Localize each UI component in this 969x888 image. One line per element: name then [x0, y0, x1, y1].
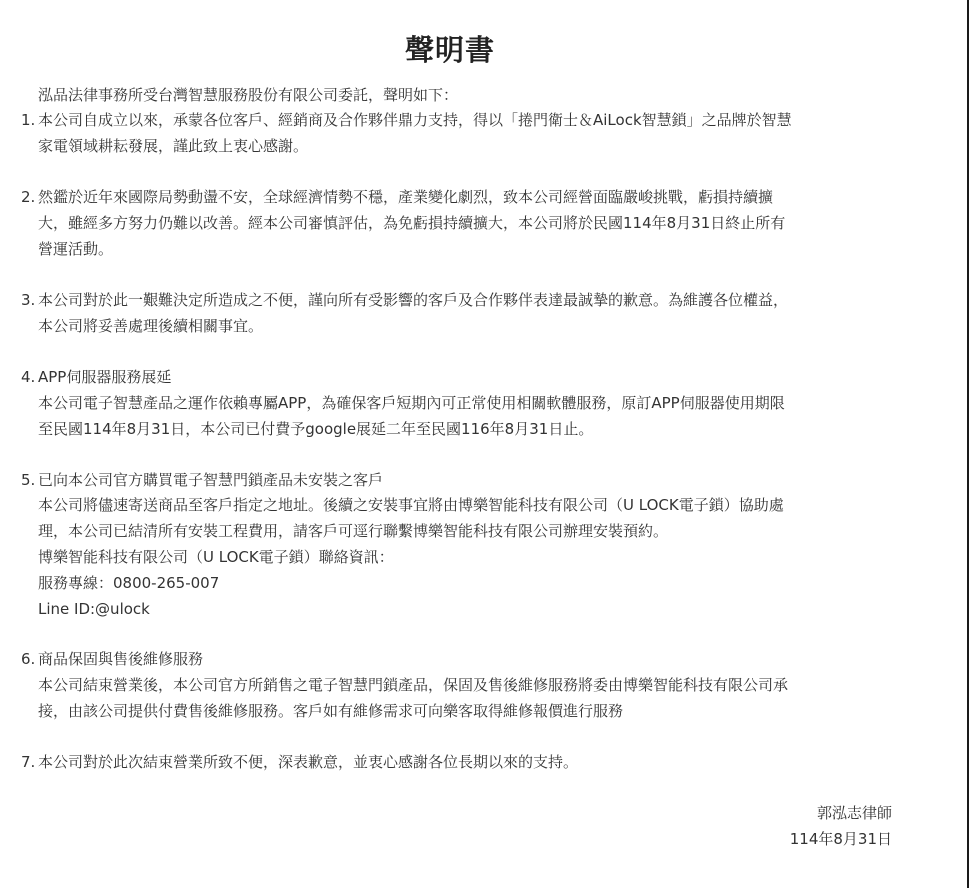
item-number: 4.	[21, 364, 38, 390]
signature-date: 114年8月31日	[790, 826, 892, 852]
line-id: Line ID:@ulock	[38, 596, 150, 622]
item-1-line-2: 家電領域耕耘發展，謹此致上衷心感謝。	[38, 133, 308, 159]
item-1-line-1: 1.本公司自成立以來，承蒙各位客戶、經銷商及合作夥伴鼎力支持，得以「捲門衛士＆A…	[21, 107, 792, 133]
item-3-line-2: 本公司將妥善處理後續相關事宜。	[38, 313, 263, 339]
item-6-line-3: 接，由該公司提供付費售後維修服務。客戶如有維修需求可向樂客取得維修報價進行服務	[38, 698, 623, 724]
item-number: 3.	[21, 287, 38, 313]
signature-name: 郭泓志律師	[817, 800, 892, 826]
item-number: 1.	[21, 107, 38, 133]
contact-info-heading: 博樂智能科技有限公司（U LOCK電子鎖）聯絡資訊：	[38, 544, 394, 570]
item-4-heading: 4.APP伺服器服務展延	[21, 364, 171, 390]
document-title: 聲明書	[0, 30, 900, 70]
item-text: 本公司對於此次結束營業所致不便，深表歉意，並衷心感謝各位長期以來的支持。	[38, 753, 578, 771]
item-number: 5.	[21, 467, 38, 493]
item-text: 本公司對於此一艱難決定所造成之不便，謹向所有受影響的客戶及合作夥伴表達最誠摯的歉…	[38, 291, 788, 309]
item-number: 6.	[21, 646, 38, 672]
item-4-line-2: 本公司電子智慧產品之運作依賴專屬APP，為確保客戶短期內可正常使用相關軟體服務，…	[38, 390, 785, 416]
item-2-line-1: 2.然鑑於近年來國際局勢動盪不安，全球經濟情勢不穩，產業變化劇烈，致本公司經營面…	[21, 184, 773, 210]
item-text: 然鑑於近年來國際局勢動盪不安，全球經濟情勢不穩，產業變化劇烈，致本公司經營面臨嚴…	[38, 188, 773, 206]
item-5-heading: 5.已向本公司官方購買電子智慧門鎖產品未安裝之客戶	[21, 467, 383, 493]
item-text: APP伺服器服務展延	[38, 368, 171, 386]
item-2-line-3: 營運活動。	[38, 236, 113, 262]
item-2-line-2: 大，雖經多方努力仍難以改善。經本公司審慎評估，為免虧損持續擴大，本公司將於民國1…	[38, 210, 785, 236]
service-hotline: 服務專線：0800-265-007	[38, 570, 219, 596]
item-text: 已向本公司官方購買電子智慧門鎖產品未安裝之客戶	[38, 471, 383, 489]
item-3-line-1: 3.本公司對於此一艱難決定所造成之不便，謹向所有受影響的客戶及合作夥伴表達最誠摯…	[21, 287, 788, 313]
item-4-line-3: 至民國114年8月31日，本公司已付費予google展延二年至民國116年8月3…	[38, 416, 593, 442]
statement-document: 聲明書 泓品法律事務所受台灣智慧服務股份有限公司委託，聲明如下： 1.本公司自成…	[0, 0, 967, 888]
item-5-line-3: 理，本公司已結清所有安裝工程費用，請客戶可逕行聯繫博樂智能科技有限公司辦理安裝預…	[38, 518, 668, 544]
item-7-line-1: 7.本公司對於此次結束營業所致不便，深表歉意，並衷心感謝各位長期以來的支持。	[21, 749, 578, 775]
item-text: 本公司自成立以來，承蒙各位客戶、經銷商及合作夥伴鼎力支持，得以「捲門衛士＆AiL…	[38, 111, 792, 129]
item-6-line-2: 本公司結束營業後，本公司官方所銷售之電子智慧門鎖產品，保固及售後維修服務將委由博…	[38, 672, 788, 698]
item-number: 7.	[21, 749, 38, 775]
intro-text: 泓品法律事務所受台灣智慧服務股份有限公司委託，聲明如下：	[38, 82, 458, 108]
item-6-heading: 6.商品保固與售後維修服務	[21, 646, 203, 672]
item-number: 2.	[21, 184, 38, 210]
item-text: 商品保固與售後維修服務	[38, 650, 203, 668]
item-5-line-2: 本公司將儘速寄送商品至客戶指定之地址。後續之安裝事宜將由博樂智能科技有限公司（U…	[38, 492, 784, 518]
